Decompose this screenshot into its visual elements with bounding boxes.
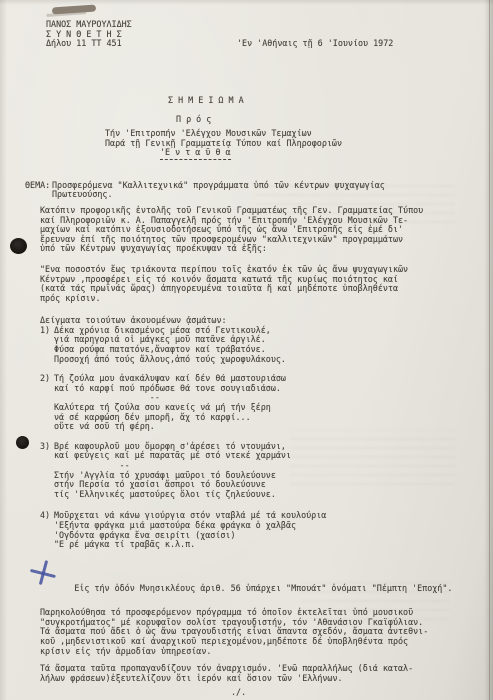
verse-number: 1) (40, 326, 54, 364)
continuation-mark: ./. (231, 688, 482, 698)
letterhead: ΠΑΝΟΣ ΜΑΥΡΟΥΛΙΔΗΣ Σ Υ Ν Θ Ε Τ Η Σ Δήλου … (46, 20, 482, 49)
sender-address: Δήλου 11 ΤΤ 451 (46, 38, 122, 48)
entha-row: 'Ε ν τ α ῦ θ α (160, 148, 482, 160)
verse-lines: Βρέ καφουρλοῦ μου ὄμορφη σ'ἀρέσει τό ντο… (54, 442, 291, 500)
typewritten-document: ΠΑΝΟΣ ΜΑΥΡΟΥΛΙΔΗΣ Σ Υ Ν Θ Ε Τ Η Σ Δήλου … (24, 20, 482, 698)
verse-lines: Τή ζούλα μου ἀνακάλυψαν καί δέν θά μαστο… (54, 374, 286, 432)
song-sample-1: 1) Δέκα χρόνια δικασμένος μέσα στό Γεντι… (40, 326, 482, 364)
handwritten-plus-mark (30, 560, 56, 586)
verse-lines: Μοῦρχεται νά κάνω γιούργια στόν νταβλά μ… (54, 511, 326, 549)
dateline: 'Εν 'Αθήναις τῇ 6 'Ιουνίου 1972 (237, 39, 393, 49)
paragraph-percentage: "Ενα ποσοστόν ἕως τριάκοντα περίπου τοῖς… (40, 265, 482, 303)
to-label: Π ρ ό ς (176, 115, 482, 125)
paper-left-edge-shadow (0, 0, 7, 700)
verse-number: 2) (40, 374, 54, 432)
scanned-letter-page: ΠΑΝΟΣ ΜΑΥΡΟΥΛΙΔΗΣ Σ Υ Ν Θ Ε Τ Η Σ Δήλου … (0, 0, 493, 700)
paper-top-edge-shadow (0, 0, 493, 5)
verse-number: 3) (40, 442, 54, 500)
paragraph-propaganda: Τά ἄσματα ταῦτα προπαγανδίζουν τόν ἀναρχ… (40, 664, 482, 683)
staple-corner-mark (52, 4, 96, 14)
subject-block: ΘΕΜΑ: Προσφερόμενα "Καλλιτεχνικά" προγρά… (25, 181, 482, 200)
song-sample-2: 2) Τή ζούλα μου ἀνακάλυψαν καί δέν θά μα… (40, 374, 482, 432)
paragraph-program: Παρηκολούθησα τό προσφερόμενον πρόγραμμα… (40, 608, 482, 656)
paragraph-authorization: Κατόπιν προφορικῆς ἐντολῆς τοῦ Γενικοῦ Γ… (40, 206, 482, 254)
song-sample-3: 3) Βρέ καφουρλοῦ μου ὄμορφη σ'ἀρέσει τό … (40, 442, 482, 500)
subject-label: ΘΕΜΑ: (25, 181, 52, 200)
memo-title: Σ Η Μ Ε Ι Ω Μ Α (168, 96, 482, 106)
verse-number: 4) (40, 511, 54, 549)
boite-text: Εἰς τήν ὁδόν Μνησικλέους ἀριθ. 56 ὑπάρχε… (74, 583, 452, 593)
song-sample-4: 4) Μοῦρχεται νά κάνω γιούργια στόν νταβλ… (40, 511, 482, 549)
entha-underlined: 'Ε ν τ α ῦ θ α (160, 148, 231, 160)
verse-lines: Δέκα χρόνια δικασμένος μέσα στό Γεντικου… (54, 326, 286, 364)
paper-right-edge-line (489, 0, 490, 700)
boite-address-line: Εἰς τήν ὁδόν Μνησικλέους ἀριθ. 56 ὑπάρχε… (44, 565, 482, 603)
recipient-block: Τήν 'Επιτροπήν 'Ελέγχου Μουσικῶν Τεμαχίω… (105, 129, 482, 148)
subject-text: Προσφερόμενα "Καλλιτεχνικά" προγράμματα … (52, 181, 385, 200)
address-row: Δήλου 11 ΤΤ 451 'Εν 'Αθήναις τῇ 6 'Ιουνί… (46, 39, 482, 49)
